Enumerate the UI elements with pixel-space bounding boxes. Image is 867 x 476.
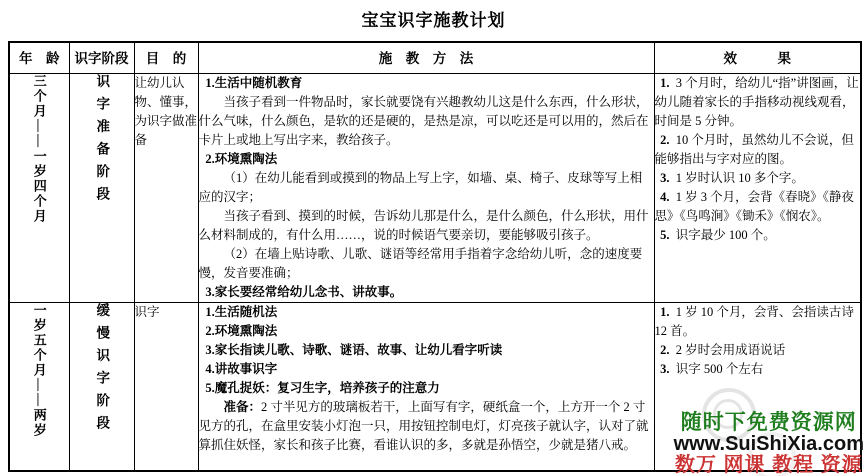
method-heading: 2.环境熏陶法 (199, 322, 654, 341)
effect-item: 3. 1 岁时认识 10 多个字。 (655, 169, 861, 188)
effects-cell: 1. 3 个月时，给幼儿“指”讲图画，让幼儿随着家长的手指移动视线观看，时间是 … (654, 74, 861, 303)
effect-item: 2. 2 岁时会用成语说话 (655, 341, 861, 360)
method-paragraph: 当孩子看到、摸到的时候，告诉幼儿那是什么，是什么颜色，什么形状，用什么材料制成的… (199, 207, 654, 245)
stage-cell: 缓慢识字阶段 (69, 303, 134, 471)
stage-text: 识字准备阶段 (95, 74, 109, 209)
watermark-url: www.SuiShiXia.com (674, 434, 864, 454)
age-cell: 三个月——一岁四个月 (9, 74, 69, 303)
effect-item: 1. 3 个月时，给幼儿“指”讲图画，让幼儿随着家长的手指移动视线观看，时间是 … (655, 74, 861, 131)
page-title: 宝宝识字施教计划 (0, 0, 867, 31)
effect-item: 5. 识字最少 100 个。 (655, 226, 861, 245)
effect-item: 3. 识字 500 个左右 (655, 360, 861, 379)
effect-item: 4. 1 岁 3 个月，会背《春晓》《静夜思》《鸟鸣涧》《锄禾》《悯农》。 (655, 188, 861, 226)
method-paragraph: （1）在幼儿能看到或摸到的物品上写上字，如墙、桌、椅子、皮球等写上相应的汉字； (199, 169, 654, 207)
header-cell-age: 年 龄 (9, 42, 69, 74)
method-heading: 1.生活中随机教育 (199, 74, 654, 93)
stage-text: 缓慢识字阶段 (95, 303, 109, 438)
method-heading: 3.家长指读儿歌、诗歌、谜语、故事、让幼儿看字听读 (199, 341, 654, 360)
method-paragraph: 当孩子看到一件物品时，家长就要饶有兴趣教幼儿这是什么东西，什么形状，什么气味，什… (199, 93, 654, 150)
age-cell: 一岁五个月——两岁 (9, 303, 69, 471)
method-paragraph: 准备：2 寸半见方的玻璃板若干，上面写有字，硬纸盒一个，上方开一个 2 寸见方的… (199, 398, 654, 455)
watermark-tagline: 数万 网课 教程 资源 (674, 455, 864, 475)
effect-item: 2. 10 个月时，虽然幼儿不会说，但能够指出与字对应的图。 (655, 131, 861, 169)
table-row: 三个月——一岁四个月 识字准备阶段 让幼儿认物、懂事，为识字做准备 1.生活中随… (9, 74, 861, 303)
purpose-cell: 识字 (134, 303, 198, 471)
header-cell-stage: 识字阶段 (69, 42, 134, 74)
method-paragraph: （2）在墙上贴诗歌、儿歌、谜语等经常用手指着字念给幼儿听，念的速度要慢，发音要准… (199, 245, 654, 283)
method-heading: 4.讲故事识字 (199, 360, 654, 379)
stage-cell: 识字准备阶段 (69, 74, 134, 303)
watermark-site-name: 随时下免费资源网 (674, 412, 864, 433)
document-page: 宝宝识字施教计划 年 龄 识字阶段 目 的 施 教 方 法 效 果 三个月——一… (0, 0, 867, 476)
header-row: 年 龄 识字阶段 目 的 施 教 方 法 效 果 (9, 42, 861, 74)
methods-cell: 1.生活中随机教育当孩子看到一件物品时，家长就要饶有兴趣教幼儿这是什么东西，什么… (198, 74, 654, 303)
purpose-cell: 让幼儿认物、懂事，为识字做准备 (134, 74, 198, 303)
method-heading: 1.生活随机法 (199, 303, 654, 322)
watermark: 随时下免费资源网 www.SuiShiXia.com 数万 网课 教程 资源 (674, 412, 864, 475)
method-heading: 2.环境熏陶法 (199, 150, 654, 169)
method-heading: 3.家长要经常给幼儿念书、讲故事。 (199, 283, 654, 302)
method-heading: 5.魔孔捉妖：复习生字，培养孩子的注意力 (199, 379, 654, 398)
age-text: 一岁五个月——两岁 (33, 303, 46, 438)
header-cell-purpose: 目 的 (134, 42, 198, 74)
header-cell-methods: 施 教 方 法 (198, 42, 654, 74)
age-text: 三个月——一岁四个月 (33, 74, 46, 224)
effect-item: 1. 1 岁 10 个月，会背、会指读古诗 12 首。 (655, 303, 861, 341)
header-cell-effects: 效 果 (654, 42, 861, 74)
methods-cell: 1.生活随机法2.环境熏陶法3.家长指读儿歌、诗歌、谜语、故事、让幼儿看字听读4… (198, 303, 654, 471)
